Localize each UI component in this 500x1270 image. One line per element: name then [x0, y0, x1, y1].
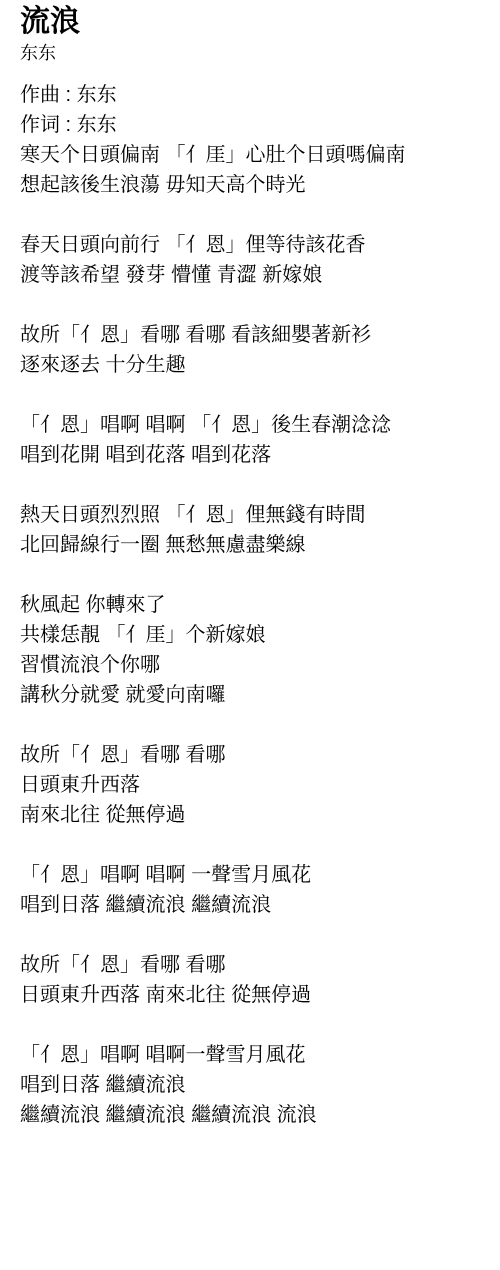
stanzas-container: 春天日頭向前行 「亻恩」俚等待該花香渡等該希望 發芽 懵懂 青澀 新嫁娘故所「亻…	[20, 230, 486, 1130]
lyric-line: 故所「亻恩」看哪 看哪	[20, 740, 486, 770]
lyric-line: 寒天个日頭偏南 「亻厓」心肚个日頭嗎偏南	[20, 140, 486, 170]
lyric-line: 「亻恩」唱啊 唱啊 一聲雪月風花	[20, 860, 486, 890]
lyric-line: 故所「亻恩」看哪 看哪 看該細嬰著新衫	[20, 320, 486, 350]
artist-name: 东东	[20, 42, 486, 65]
lyric-line: 北回歸線行一圈 無愁無慮盡樂線	[20, 530, 486, 560]
composer-credit: 作曲 : 东东	[20, 80, 486, 110]
stanza: 「亻恩」唱啊 唱啊 「亻恩」後生春潮淰淰唱到花開 唱到花落 唱到花落	[20, 410, 486, 470]
lyrics-page: 流浪 东东 作曲 : 东东 作词 : 东东 寒天个日頭偏南 「亻厓」心肚个日頭嗎…	[0, 0, 500, 1270]
stanza: 故所「亻恩」看哪 看哪 看該細嬰著新衫逐來逐去 十分生趣	[20, 320, 486, 380]
lyric-line: 渡等該希望 發芽 懵懂 青澀 新嫁娘	[20, 260, 486, 290]
lyric-line: 春天日頭向前行 「亻恩」俚等待該花香	[20, 230, 486, 260]
lyricist-credit: 作词 : 东东	[20, 110, 486, 140]
first-stanza-lines: 寒天个日頭偏南 「亻厓」心肚个日頭嗎偏南想起該後生浪蕩 毋知天高个時光	[20, 140, 486, 200]
lyrics: 作曲 : 东东 作词 : 东东 寒天个日頭偏南 「亻厓」心肚个日頭嗎偏南想起該後…	[20, 80, 486, 1130]
stanza: 熱天日頭烈烈照 「亻恩」俚無錢有時間北回歸線行一圈 無愁無慮盡樂線	[20, 500, 486, 560]
lyric-line: 逐來逐去 十分生趣	[20, 350, 486, 380]
lyric-line: 想起該後生浪蕩 毋知天高个時光	[20, 170, 486, 200]
lyric-line: 唱到日落 繼續流浪	[20, 1070, 486, 1100]
stanza: 故所「亻恩」看哪 看哪日頭東升西落南來北往 從無停過	[20, 740, 486, 830]
lyric-line: 南來北往 從無停過	[20, 800, 486, 830]
stanza: 「亻恩」唱啊 唱啊一聲雪月風花唱到日落 繼續流浪繼續流浪 繼續流浪 繼續流浪 流…	[20, 1040, 486, 1130]
lyric-line: 講秋分就愛 就愛向南囉	[20, 680, 486, 710]
lyric-line: 「亻恩」唱啊 唱啊 「亻恩」後生春潮淰淰	[20, 410, 486, 440]
lyric-line: 繼續流浪 繼續流浪 繼續流浪 流浪	[20, 1100, 486, 1130]
lyric-line: 共樣恁靚 「亻厓」个新嫁娘	[20, 620, 486, 650]
stanza: 故所「亻恩」看哪 看哪日頭東升西落 南來北往 從無停過	[20, 950, 486, 1010]
lyric-line: 唱到日落 繼續流浪 繼續流浪	[20, 890, 486, 920]
page-title: 流浪	[20, 3, 486, 40]
lyric-line: 習慣流浪个你哪	[20, 650, 486, 680]
lyric-line: 日頭東升西落 南來北往 從無停過	[20, 980, 486, 1010]
lyric-line: 故所「亻恩」看哪 看哪	[20, 950, 486, 980]
credits-block: 作曲 : 东东 作词 : 东东 寒天个日頭偏南 「亻厓」心肚个日頭嗎偏南想起該後…	[20, 80, 486, 200]
lyric-line: 熱天日頭烈烈照 「亻恩」俚無錢有時間	[20, 500, 486, 530]
stanza: 春天日頭向前行 「亻恩」俚等待該花香渡等該希望 發芽 懵懂 青澀 新嫁娘	[20, 230, 486, 290]
lyric-line: 「亻恩」唱啊 唱啊一聲雪月風花	[20, 1040, 486, 1070]
stanza: 「亻恩」唱啊 唱啊 一聲雪月風花唱到日落 繼續流浪 繼續流浪	[20, 860, 486, 920]
lyric-line: 日頭東升西落	[20, 770, 486, 800]
lyric-line: 秋風起 你轉來了	[20, 590, 486, 620]
stanza: 秋風起 你轉來了共樣恁靚 「亻厓」个新嫁娘習慣流浪个你哪講秋分就愛 就愛向南囉	[20, 590, 486, 710]
lyric-line: 唱到花開 唱到花落 唱到花落	[20, 440, 486, 470]
